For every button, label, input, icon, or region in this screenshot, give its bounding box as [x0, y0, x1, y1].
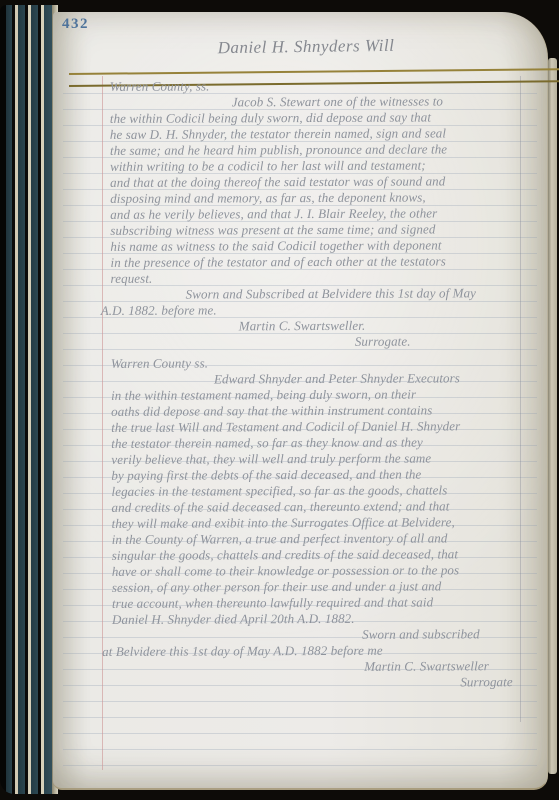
- manuscript-line: true account, when thereunto lawfully re…: [112, 594, 526, 612]
- page-number: 432: [62, 16, 89, 33]
- page-stack-fore-edge: [548, 58, 557, 774]
- manuscript-line: the true last Will and Testament and Cod…: [111, 418, 525, 436]
- page-title: Daniel H. Shnyders Will: [65, 34, 547, 61]
- attestation-line: at Belvidere this 1st day of May A.D. 18…: [102, 642, 526, 660]
- manuscript-line: and that at the doing thereof the said t…: [110, 173, 524, 191]
- manuscript-line: verily believe that, they will well and …: [111, 450, 525, 468]
- manuscript-line: the testator therein named, so far as th…: [111, 434, 525, 452]
- manuscript-line: in the within testament named, being dul…: [111, 386, 525, 404]
- manuscript-line: Edward Shnyder and Peter Shnyder Executo…: [214, 370, 525, 387]
- manuscript-line: in the County of Warren, a true and perf…: [112, 530, 526, 548]
- manuscript-body: Warren County, ss. Jacob S. Stewart one …: [110, 77, 527, 692]
- manuscript-line: within writing to be a codicil to her la…: [110, 157, 524, 175]
- venue-heading: Warren County, ss.: [110, 77, 524, 95]
- manuscript-line: request.: [111, 269, 525, 287]
- manuscript-line: the within Codicil being duly sworn, did…: [110, 109, 524, 127]
- signature-role: Surrogate.: [355, 333, 525, 350]
- manuscript-line: singular the goods, chattels and credits…: [112, 546, 526, 564]
- signature-line: Martin C. Swartsweller: [364, 658, 526, 675]
- manuscript-line: Daniel H. Shnyder died April 20th A.D. 1…: [112, 610, 526, 628]
- book-binding-page-edges: [0, 5, 58, 794]
- attestation-line: A.D. 1882. before me.: [101, 301, 525, 319]
- manuscript-line: disposing mind and memory, as far as, th…: [110, 189, 524, 207]
- signature-role: Surrogate: [460, 674, 526, 690]
- header-rule-top: [69, 68, 559, 75]
- manuscript-line: he saw D. H. Shnyder, the testator there…: [110, 125, 524, 143]
- manuscript-line: and as he verily believes, and that J. I…: [110, 205, 524, 223]
- attestation-line: Sworn and subscribed: [362, 626, 526, 643]
- manuscript-line: Jacob S. Stewart one of the witnesses to: [232, 93, 524, 110]
- left-margin-line: [102, 76, 103, 770]
- venue-heading: Warren County ss.: [111, 354, 525, 372]
- manuscript-line: have or shall come to their knowledge or…: [112, 562, 526, 580]
- manuscript-line: subscribing witness was present at the s…: [110, 221, 524, 239]
- signature-line: Martin C. Swartsweller.: [239, 317, 525, 334]
- manuscript-line: by paying first the debts of the said de…: [111, 466, 525, 484]
- manuscript-line: and credits of the said deceased can, th…: [112, 498, 526, 516]
- manuscript-line: in the presence of the testator and of e…: [110, 253, 524, 271]
- manuscript-line: legacies in the testament specified, so …: [111, 482, 525, 500]
- manuscript-line: session, of any other person for their u…: [112, 578, 526, 596]
- manuscript-line: they will make and exibit into the Surro…: [112, 514, 526, 532]
- attestation-line: Sworn and Subscribed at Belvidere this 1…: [186, 285, 525, 302]
- manuscript-line: oaths did depose and say that the within…: [111, 402, 525, 420]
- manuscript-line: the same; and he heard him publish, pron…: [110, 141, 524, 159]
- manuscript-line: his name as witness to the said Codicil …: [110, 237, 524, 255]
- ledger-page: 432 Daniel H. Shnyders Will Warren Count…: [53, 12, 548, 790]
